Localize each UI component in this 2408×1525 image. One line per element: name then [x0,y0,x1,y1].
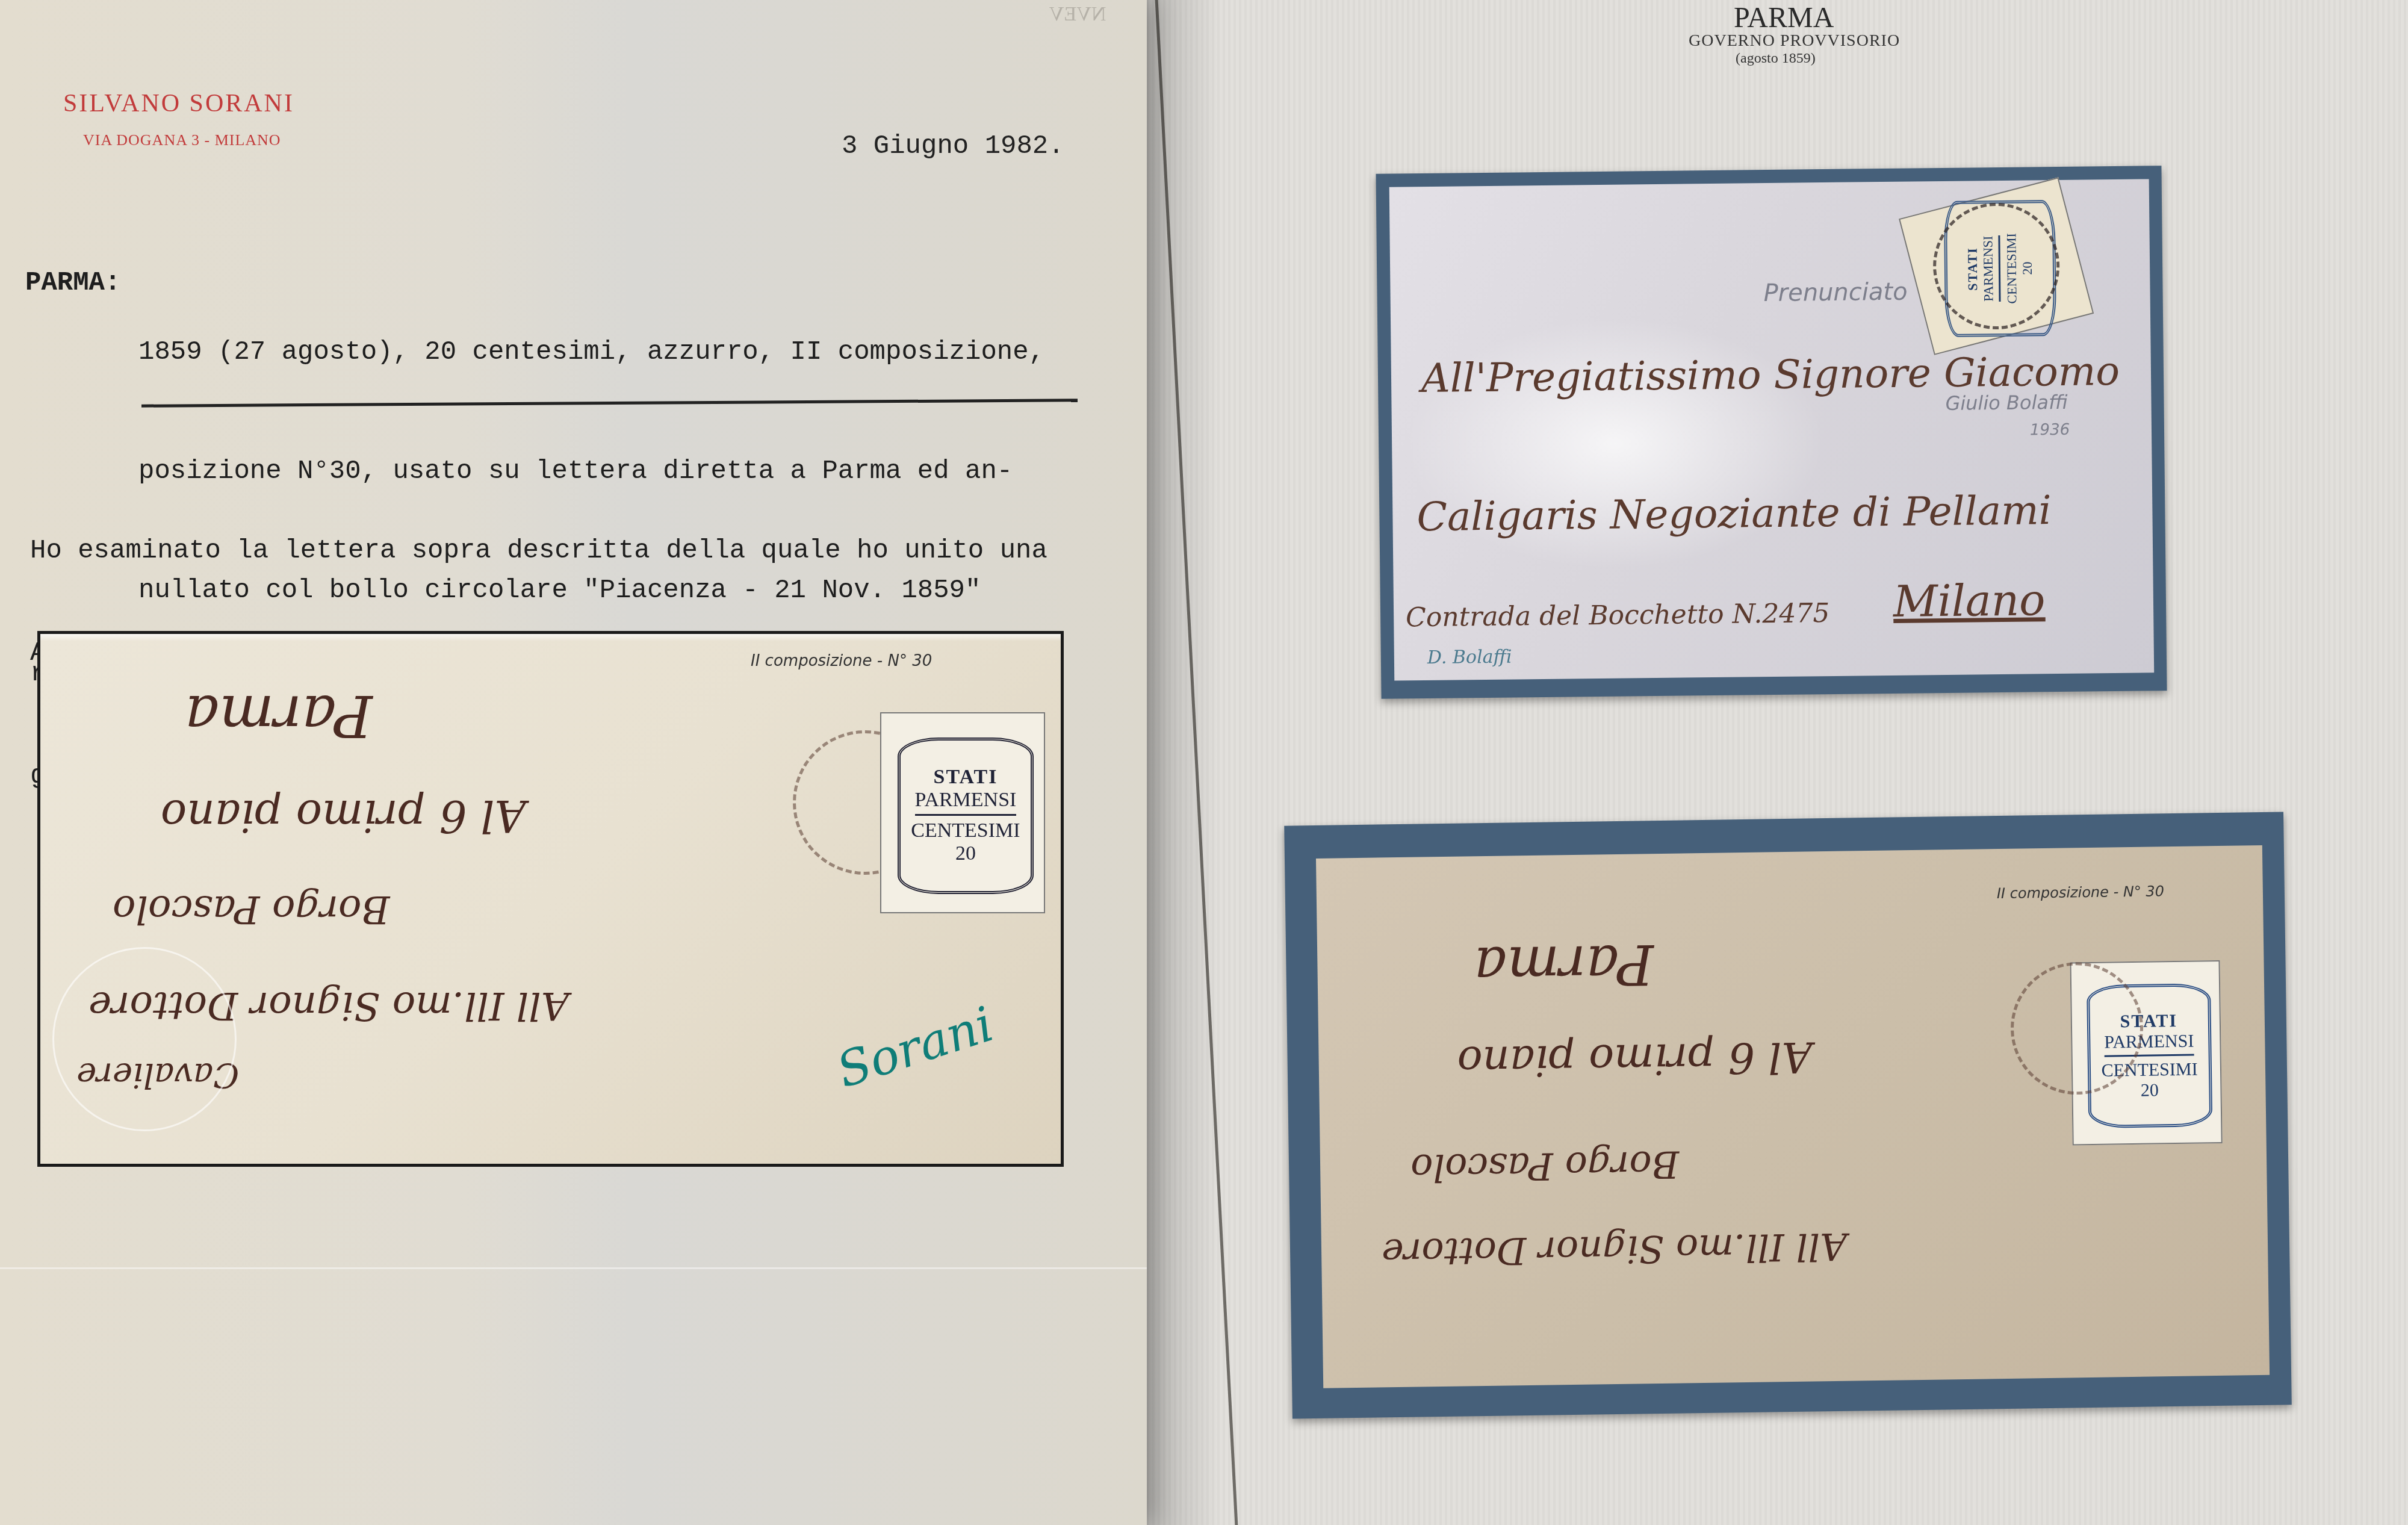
stamp-frame: STATI PARMENSI CENTESIMI 20 [898,738,1034,895]
expert-certificate: SILVANO SORANI VIA DOGANA 3 - MILANO 3 G… [0,0,1147,1525]
cover1-address-line-3: Contrada del Bocchetto N.2475 [1406,598,1830,633]
photo-address-inverted: Al 6 primo piano [161,790,526,841]
photo-address-inverted: Parma [185,682,373,750]
letterhead-name: SILVANO SORANI [63,89,294,118]
mirrored-watermark-text: NVEV [1049,3,1106,26]
cover2-mount: II composizione - N° 30 Parma Al 6 primo… [1284,812,2292,1418]
embossed-seal [52,947,237,1131]
photo-annotation: II composizione - N° 30 [751,652,932,670]
cover2-address-inverted: Parma [1474,932,1654,999]
letterhead-address: VIA DOGANA 3 - MILANO [83,131,281,149]
album-subtitle: GOVERNO PROVVISORIO [1689,31,1900,51]
album-period: (agosto 1859) [1736,51,1816,67]
cover2-address-inverted: All Ill.mo Signor Dottore [1382,1225,1848,1275]
cover1-address-line-2: Caligaris Negoziante di Pellami [1417,487,2052,540]
cover2: II composizione - N° 30 Parma Al 6 primo… [1316,845,2270,1388]
cover2-address-inverted: Borgo Pascolo [1410,1143,1680,1190]
cover1-pencil-note: Prenunciato [1763,278,1907,308]
cover1-blue-mark: D. Bolaffi [1427,647,1512,668]
cover1: Prenunciato All'Pregiatissimo Signore Gi… [1389,179,2155,680]
paper-fold [0,1267,1147,1269]
album-title: PARMA [1734,1,1834,34]
expert-signature: Sorani [830,996,1000,1099]
photo-stamp: STATI PARMENSI CENTESIMI 20 [880,712,1045,913]
certificate-date: 3 Giugno 1982. [842,131,1064,161]
photo-address-inverted: Borgo Pascolo [113,887,390,931]
cover2-address-inverted: Al 6 primo piano [1457,1032,1813,1086]
page-shadow [1147,0,1219,1525]
photo-gloss [40,634,1061,641]
cover1-pencil-signature: Giulio Bolaffi [1945,391,2068,415]
cover2-annotation: II composizione - N° 30 [1997,883,2164,902]
cover1-pencil-year: 1936 [2030,421,2070,439]
cover1-mount: Prenunciato All'Pregiatissimo Signore Gi… [1376,166,2167,699]
cover1-address-line-4: Milano [1893,574,2046,627]
subject-label: PARMA: [25,265,120,301]
cover1-stamp: STATI PARMENSI CENTESIMI 20 [1899,177,2094,355]
description-line: 1859 (27 agosto), 20 centesimi, azzurro,… [138,332,1044,372]
cover-photograph: II composizione - N° 30 Parma Al 6 primo… [37,631,1064,1167]
